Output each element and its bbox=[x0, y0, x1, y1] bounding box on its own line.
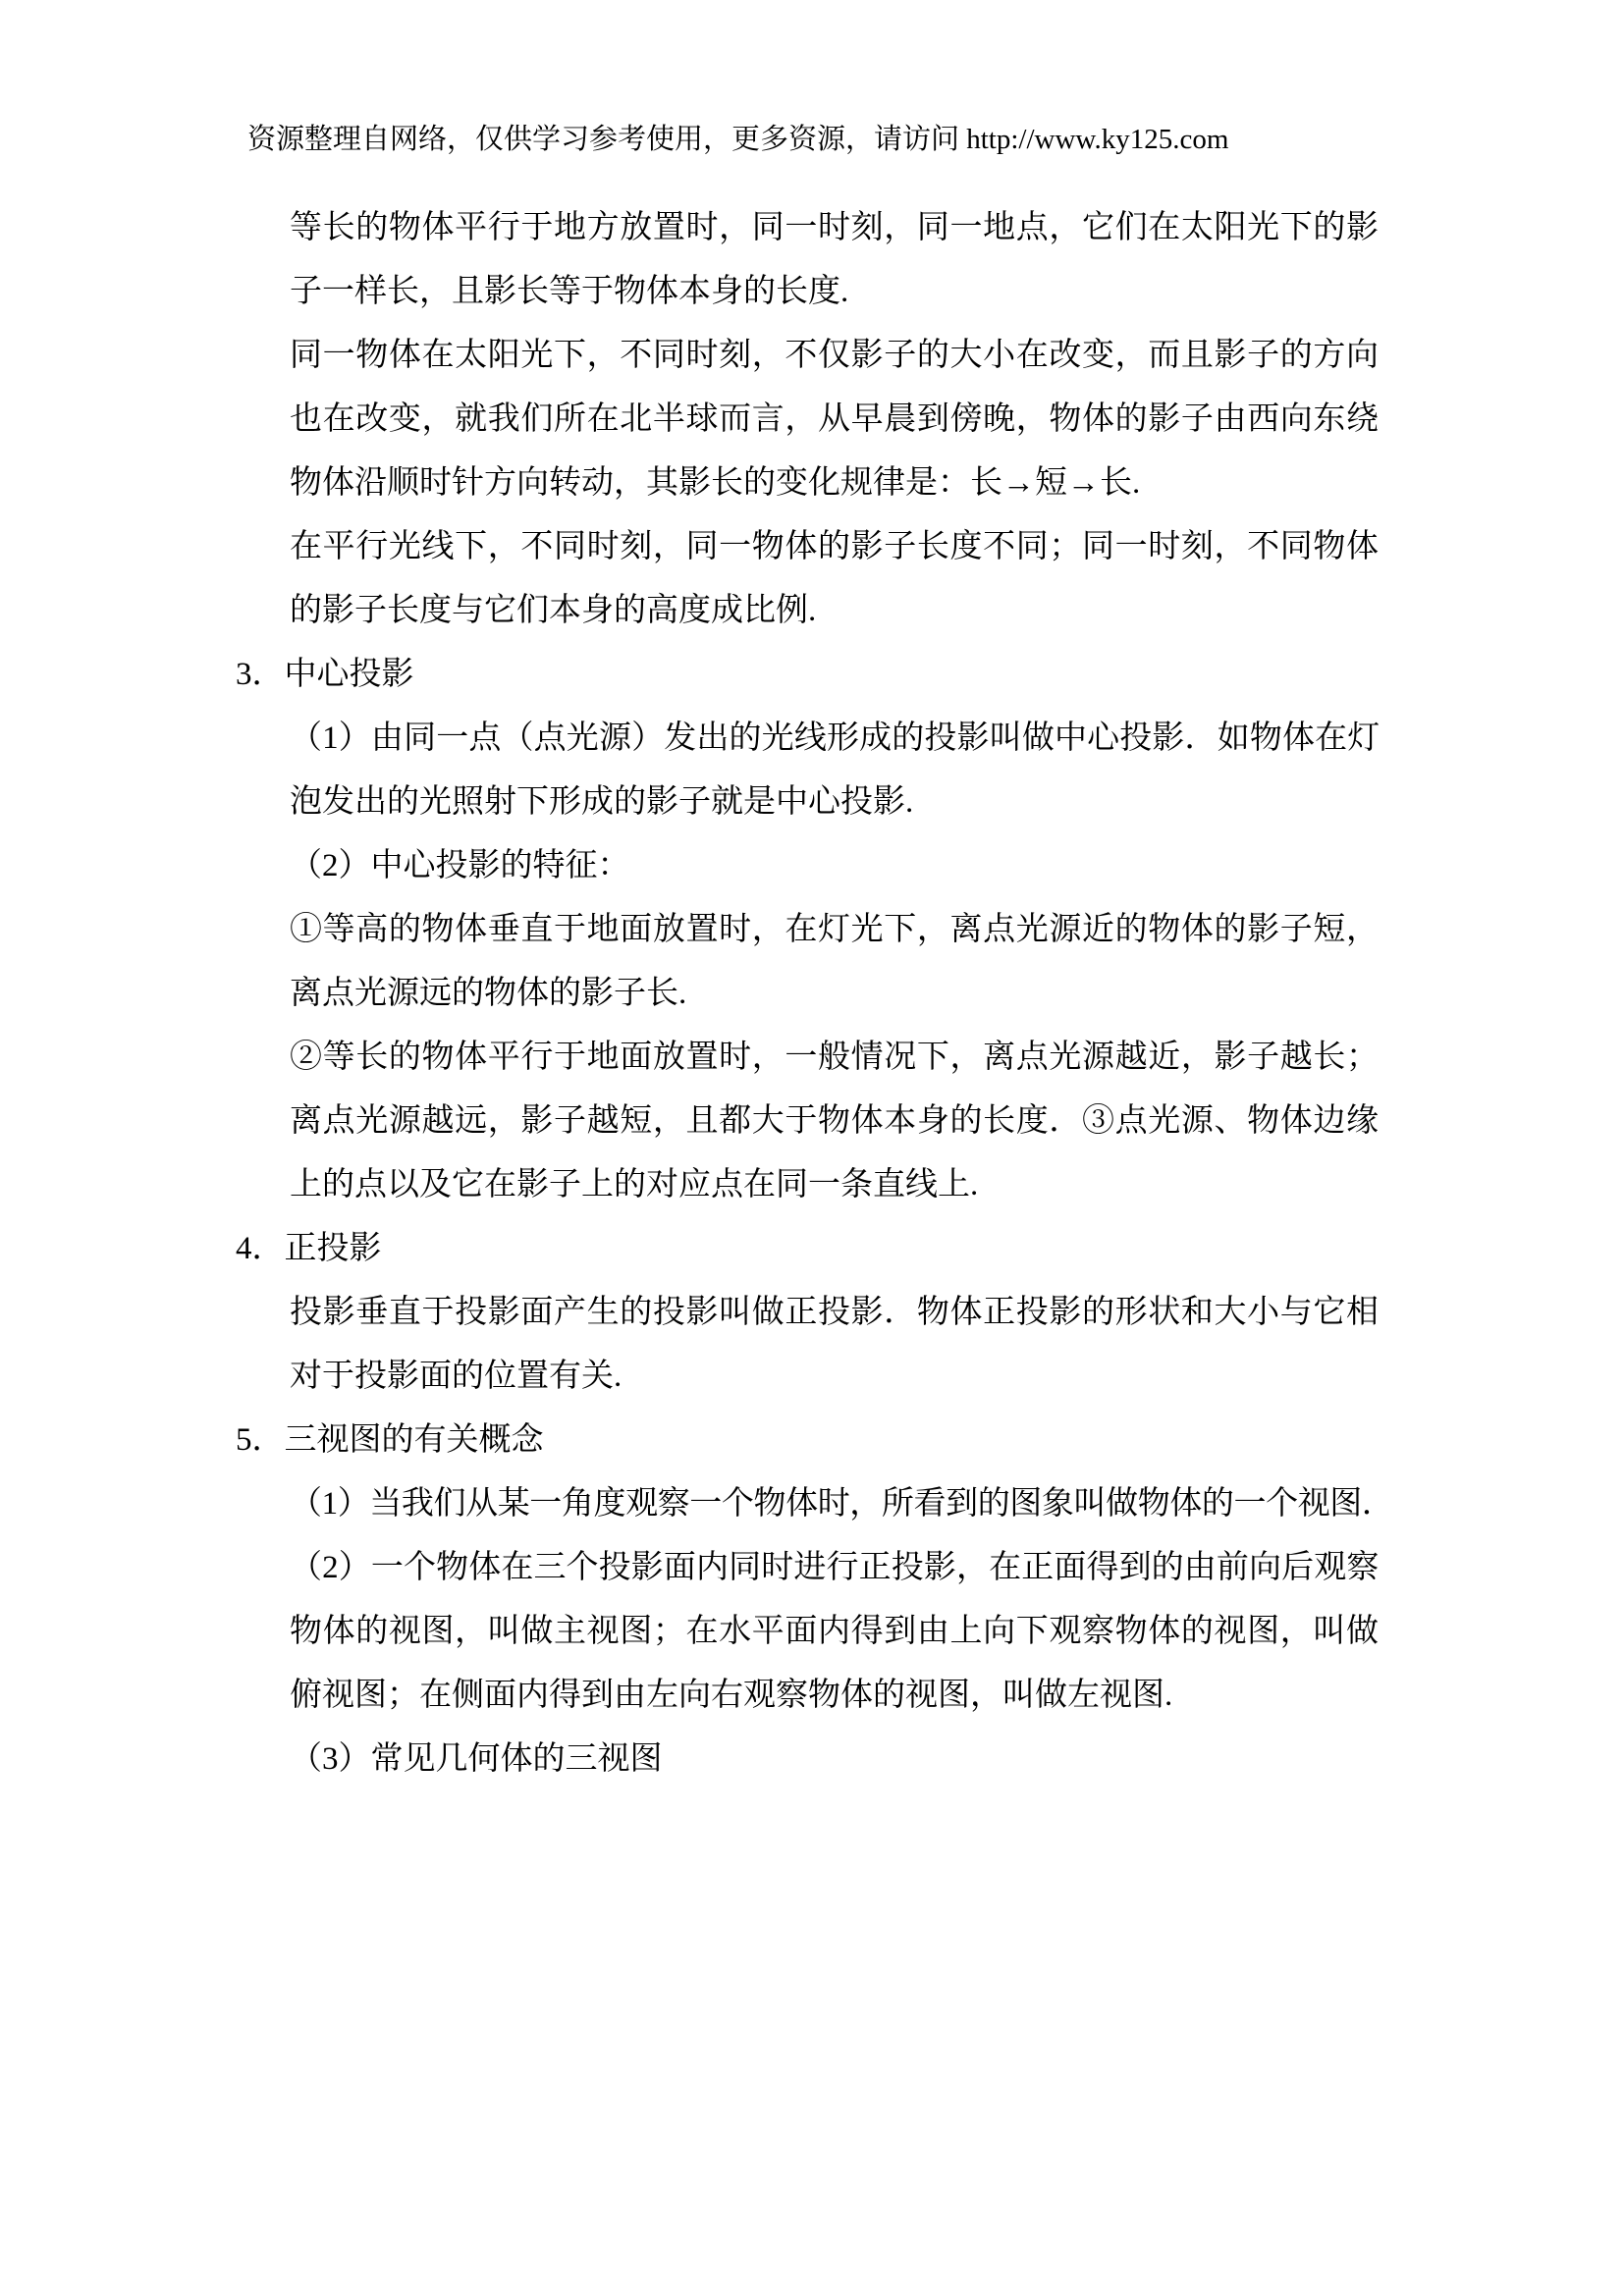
text-line: （3）常见几何体的三视图 bbox=[236, 1728, 1379, 1791]
numbered-item-heading: 4．正投影 bbox=[236, 1217, 1379, 1281]
numbered-item-heading: 5．三视图的有关概念 bbox=[236, 1409, 1379, 1472]
text-line: 在平行光线下，不同时刻，同一物体的影子长度不同；同一时刻，不同物体 bbox=[236, 515, 1379, 579]
text-line: 离点光源越远，影子越短，且都大于物体本身的长度．③点光源、物体边缘 bbox=[236, 1090, 1379, 1153]
text-line: （1）由同一点（点光源）发出的光线形成的投影叫做中心投影．如物体在灯 bbox=[236, 707, 1379, 771]
text-line: （1）当我们从某一角度观察一个物体时，所看到的图象叫做物体的一个视图． bbox=[236, 1472, 1379, 1536]
text-line: 的影子长度与它们本身的高度成比例. bbox=[236, 579, 1379, 643]
text-line: ①等高的物体垂直于地面放置时，在灯光下，离点光源近的物体的影子短， bbox=[236, 898, 1379, 962]
page-header-watermark: 资源整理自网络，仅供学习参考使用，更多资源，请访问 http://www.ky1… bbox=[247, 120, 1228, 159]
text-line: 离点光源远的物体的影子长. bbox=[236, 962, 1379, 1026]
text-line: （2）一个物体在三个投影面内同时进行正投影，在正面得到的由前向后观察 bbox=[236, 1536, 1379, 1600]
text-line: （2）中心投影的特征： bbox=[236, 834, 1379, 898]
text-line: 同一物体在太阳光下，不同时刻，不仅影子的大小在改变，而且影子的方向 bbox=[236, 324, 1379, 388]
document-page: 资源整理自网络，仅供学习参考使用，更多资源，请访问 http://www.ky1… bbox=[0, 0, 1624, 2296]
text-line: 上的点以及它在影子上的对应点在同一条直线上. bbox=[236, 1153, 1379, 1217]
document-body: 等长的物体平行于地方放置时，同一时刻，同一地点，它们在太阳光下的影 子一样长，且… bbox=[236, 196, 1379, 1791]
text-line: 对于投影面的位置有关. bbox=[236, 1345, 1379, 1409]
numbered-item-heading: 3．中心投影 bbox=[236, 643, 1379, 707]
text-line: 也在改变，就我们所在北半球而言，从早晨到傍晚，物体的影子由西向东绕 bbox=[236, 388, 1379, 452]
text-line: ②等长的物体平行于地面放置时，一般情况下，离点光源越近，影子越长； bbox=[236, 1026, 1379, 1090]
text-line: 子一样长，且影长等于物体本身的长度. bbox=[236, 260, 1379, 324]
text-line: 物体的视图，叫做主视图；在水平面内得到由上向下观察物体的视图，叫做 bbox=[236, 1600, 1379, 1664]
text-line: 物体沿顺时针方向转动，其影长的变化规律是：长→短→长. bbox=[236, 452, 1379, 515]
text-line: 投影垂直于投影面产生的投影叫做正投影．物体正投影的形状和大小与它相 bbox=[236, 1281, 1379, 1345]
text-line: 俯视图；在侧面内得到由左向右观察物体的视图，叫做左视图. bbox=[236, 1664, 1379, 1728]
text-line: 泡发出的光照射下形成的影子就是中心投影. bbox=[236, 771, 1379, 834]
text-line: 等长的物体平行于地方放置时，同一时刻，同一地点，它们在太阳光下的影 bbox=[236, 196, 1379, 260]
